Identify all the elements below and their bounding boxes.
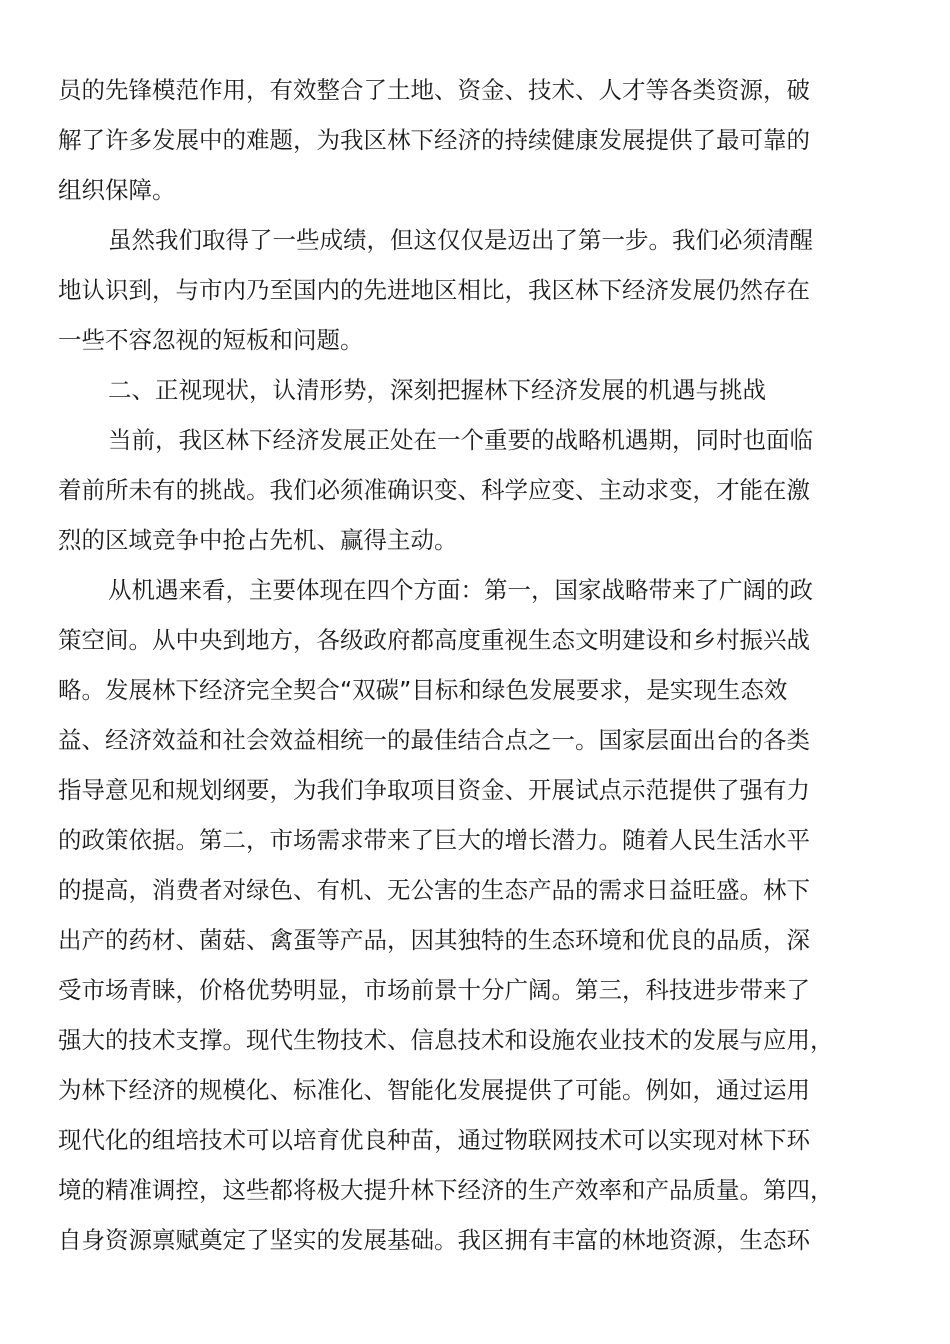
text-line: 烈的区域竞争中抢占先机、赢得主动。	[58, 515, 888, 565]
text-line: 强大的技术支撑。现代生物技术、信息技术和设施农业技术的发展与应用，	[58, 1015, 888, 1065]
text-line: 指导意见和规划纲要，为我们争取项目资金、开展试点示范提供了强有力	[58, 765, 888, 815]
text-line: 地认识到，与市内乃至国内的先进地区相比，我区林下经济发展仍然存在	[58, 265, 888, 315]
text-line: 一些不容忽视的短板和问题。	[58, 315, 888, 365]
text-line: 为林下经济的规模化、标准化、智能化发展提供了可能。例如，通过运用	[58, 1065, 888, 1115]
text-line: 当前，我区林下经济发展正处在一个重要的战略机遇期，同时也面临	[58, 415, 888, 465]
text-line: 着前所未有的挑战。我们必须准确识变、科学应变、主动求变，才能在激	[58, 465, 888, 515]
paragraph-opportunities: 从机遇来看，主要体现在四个方面：第一，国家战略带来了广阔的政 策空间。从中央到地…	[58, 565, 888, 1265]
text-line: 策空间。从中央到地方，各级政府都高度重视生态文明建设和乡村振兴战	[58, 615, 888, 665]
text-line: 虽然我们取得了一些成绩，但这仅仅是迈出了第一步。我们必须清醒	[58, 215, 888, 265]
text-line: 受市场青睐，价格优势明显，市场前景十分广阔。第三，科技进步带来了	[58, 965, 888, 1015]
text-line: 从机遇来看，主要体现在四个方面：第一，国家战略带来了广阔的政	[58, 565, 888, 615]
document-page: 员的先锋模范作用，有效整合了土地、资金、技术、人才等各类资源，破 解了许多发展中…	[58, 65, 888, 1265]
heading-text: 二、正视现状，认清形势，深刻把握林下经济发展的机遇与挑战	[58, 365, 888, 415]
text-line: 境的精准调控，这些都将极大提升林下经济的生产效率和产品质量。第四，	[58, 1165, 888, 1215]
paragraph-current-situation: 当前，我区林下经济发展正处在一个重要的战略机遇期，同时也面临 着前所未有的挑战。…	[58, 415, 888, 565]
text-line: 现代化的组培技术可以培育优良种苗，通过物联网技术可以实现对林下环	[58, 1115, 888, 1165]
text-line: 益、经济效益和社会效益相统一的最佳结合点之一。国家层面出台的各类	[58, 715, 888, 765]
text-line: 员的先锋模范作用，有效整合了土地、资金、技术、人才等各类资源，破	[58, 65, 888, 115]
text-line: 的政策依据。第二，市场需求带来了巨大的增长潜力。随着人民生活水平	[58, 815, 888, 865]
text-line: 出产的药材、菌菇、禽蛋等产品，因其独特的生态环境和优良的品质，深	[58, 915, 888, 965]
text-line: 略。发展林下经济完全契合“双碳”目标和绿色发展要求，是实现生态效	[58, 665, 888, 715]
section-heading-2: 二、正视现状，认清形势，深刻把握林下经济发展的机遇与挑战	[58, 365, 888, 415]
paragraph-organizational-support: 员的先锋模范作用，有效整合了土地、资金、技术、人才等各类资源，破 解了许多发展中…	[58, 65, 888, 215]
text-line: 的提高，消费者对绿色、有机、无公害的生态产品的需求日益旺盛。林下	[58, 865, 888, 915]
text-line: 组织保障。	[58, 165, 888, 215]
paragraph-achievements-shortcomings: 虽然我们取得了一些成绩，但这仅仅是迈出了第一步。我们必须清醒 地认识到，与市内乃…	[58, 215, 888, 365]
text-line: 自身资源禀赋奠定了坚实的发展基础。我区拥有丰富的林地资源，生态环	[58, 1215, 888, 1265]
text-line: 解了许多发展中的难题，为我区林下经济的持续健康发展提供了最可靠的	[58, 115, 888, 165]
